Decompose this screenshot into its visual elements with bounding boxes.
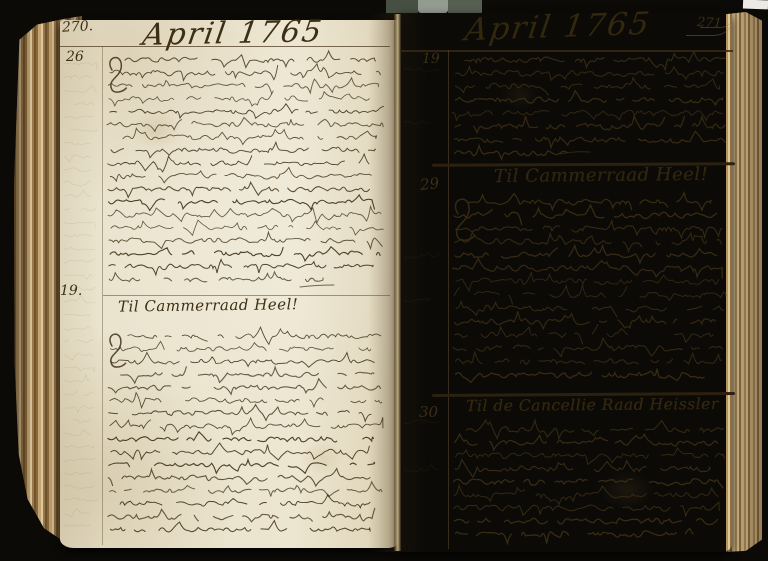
right-section-heading-2: Til de Cancellie Raad Heissler [466, 395, 734, 415]
entry-26-margin-number: 26 [66, 49, 84, 65]
left-page-number: 270. [62, 18, 94, 36]
right-margin-rule [448, 50, 449, 549]
right-page-header: April 1765 [450, 5, 667, 49]
left-section-heading: Til Cammerraad Heel! [118, 294, 358, 315]
entry-29-margin-number: 29 [419, 174, 440, 194]
left-page [60, 20, 398, 548]
right-section-heading-1: Til Cammerraad Heel! [486, 164, 716, 187]
scanned-manuscript-photo: 270. April 1765 26 19. Til Cammerraad He… [0, 0, 768, 561]
paper-corner-sliver [743, 0, 768, 9]
right-page-number: 271. [697, 15, 727, 32]
entry-19-left-margin-number: 19. [60, 283, 82, 299]
cradle-segment [386, 0, 418, 13]
right-header-rule [400, 50, 733, 52]
cradle-segment [418, 0, 448, 13]
entry-19-right-margin-number: 19 [422, 51, 440, 67]
book-cradle-clamp [386, 0, 482, 13]
entry-30-margin-number: 30 [419, 403, 438, 421]
left-page-header: April 1765 [115, 14, 350, 54]
